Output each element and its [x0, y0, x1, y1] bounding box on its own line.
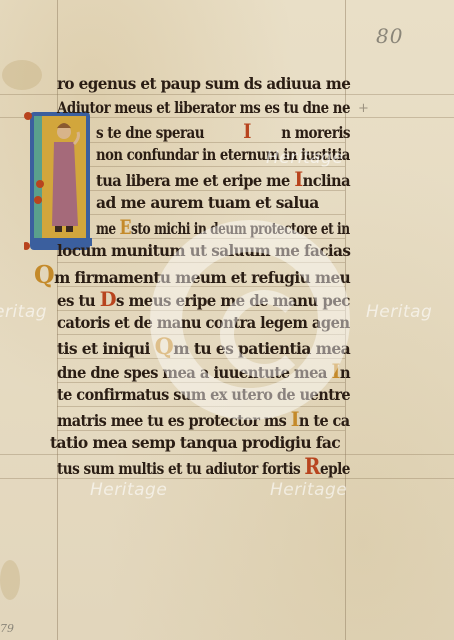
rubric-initial: Q [34, 260, 54, 289]
manuscript-page: 80 79 + ro egenus et paup sum ds adiuua … [0, 0, 454, 640]
text-segment: nclina [303, 171, 350, 190]
text-line-16: tatio mea semp tanqua prodigiu fac [50, 431, 340, 455]
folio-number: 80 [376, 24, 403, 48]
text-line-1: ro egenus et paup sum ds adiuua me [57, 72, 350, 96]
rubric-initial: D [100, 287, 116, 311]
text-segment: n moreris [281, 123, 350, 142]
text-line-17: tus sum multis et tu adiutor fortis Repl… [57, 455, 350, 479]
text-segment: es tu [57, 291, 95, 310]
text-segment: eple [320, 459, 350, 478]
text-segment: tus sum multis et tu adiutor fortis [57, 459, 300, 478]
illuminated-initial-L [24, 108, 94, 253]
text-segment: s te dne sperau [96, 123, 204, 142]
rubric-initial: I [294, 167, 302, 191]
watermark-logo [150, 220, 350, 420]
rubric-initial: E [119, 215, 131, 239]
watermark-text: Heritage [270, 480, 347, 500]
watermark-text: eritag [0, 302, 47, 322]
text-segment: n [340, 363, 350, 382]
text-segment: tis et iniqui [57, 339, 150, 358]
watermark-text: Heritage [90, 480, 167, 500]
text-segment: n te ca [299, 411, 350, 430]
text-segment: me [96, 219, 116, 238]
watermark-text: Heritag [366, 302, 432, 322]
text-line-6: ad me aurem tuam et salua [96, 191, 319, 215]
rubric-initial: I [243, 119, 251, 143]
text-segment: tua libera me et eripe me [96, 171, 290, 190]
previous-folio-number: 79 [0, 622, 14, 635]
rubric-initial: R [304, 454, 320, 480]
stain [0, 560, 20, 600]
marginal-mark: + [358, 101, 369, 116]
text-line-2: Adiutor meus et liberator ms es tu dne n… [57, 96, 350, 120]
text-line-15: matris mee tu es protector ms In te ca [57, 407, 350, 431]
stain [2, 60, 42, 90]
watermark-text: Heritage [266, 148, 343, 168]
text-line-3: s te dne sperau I n moreris [96, 119, 350, 143]
text-line-5: tua libera me et eripe me Inclina [96, 167, 350, 191]
